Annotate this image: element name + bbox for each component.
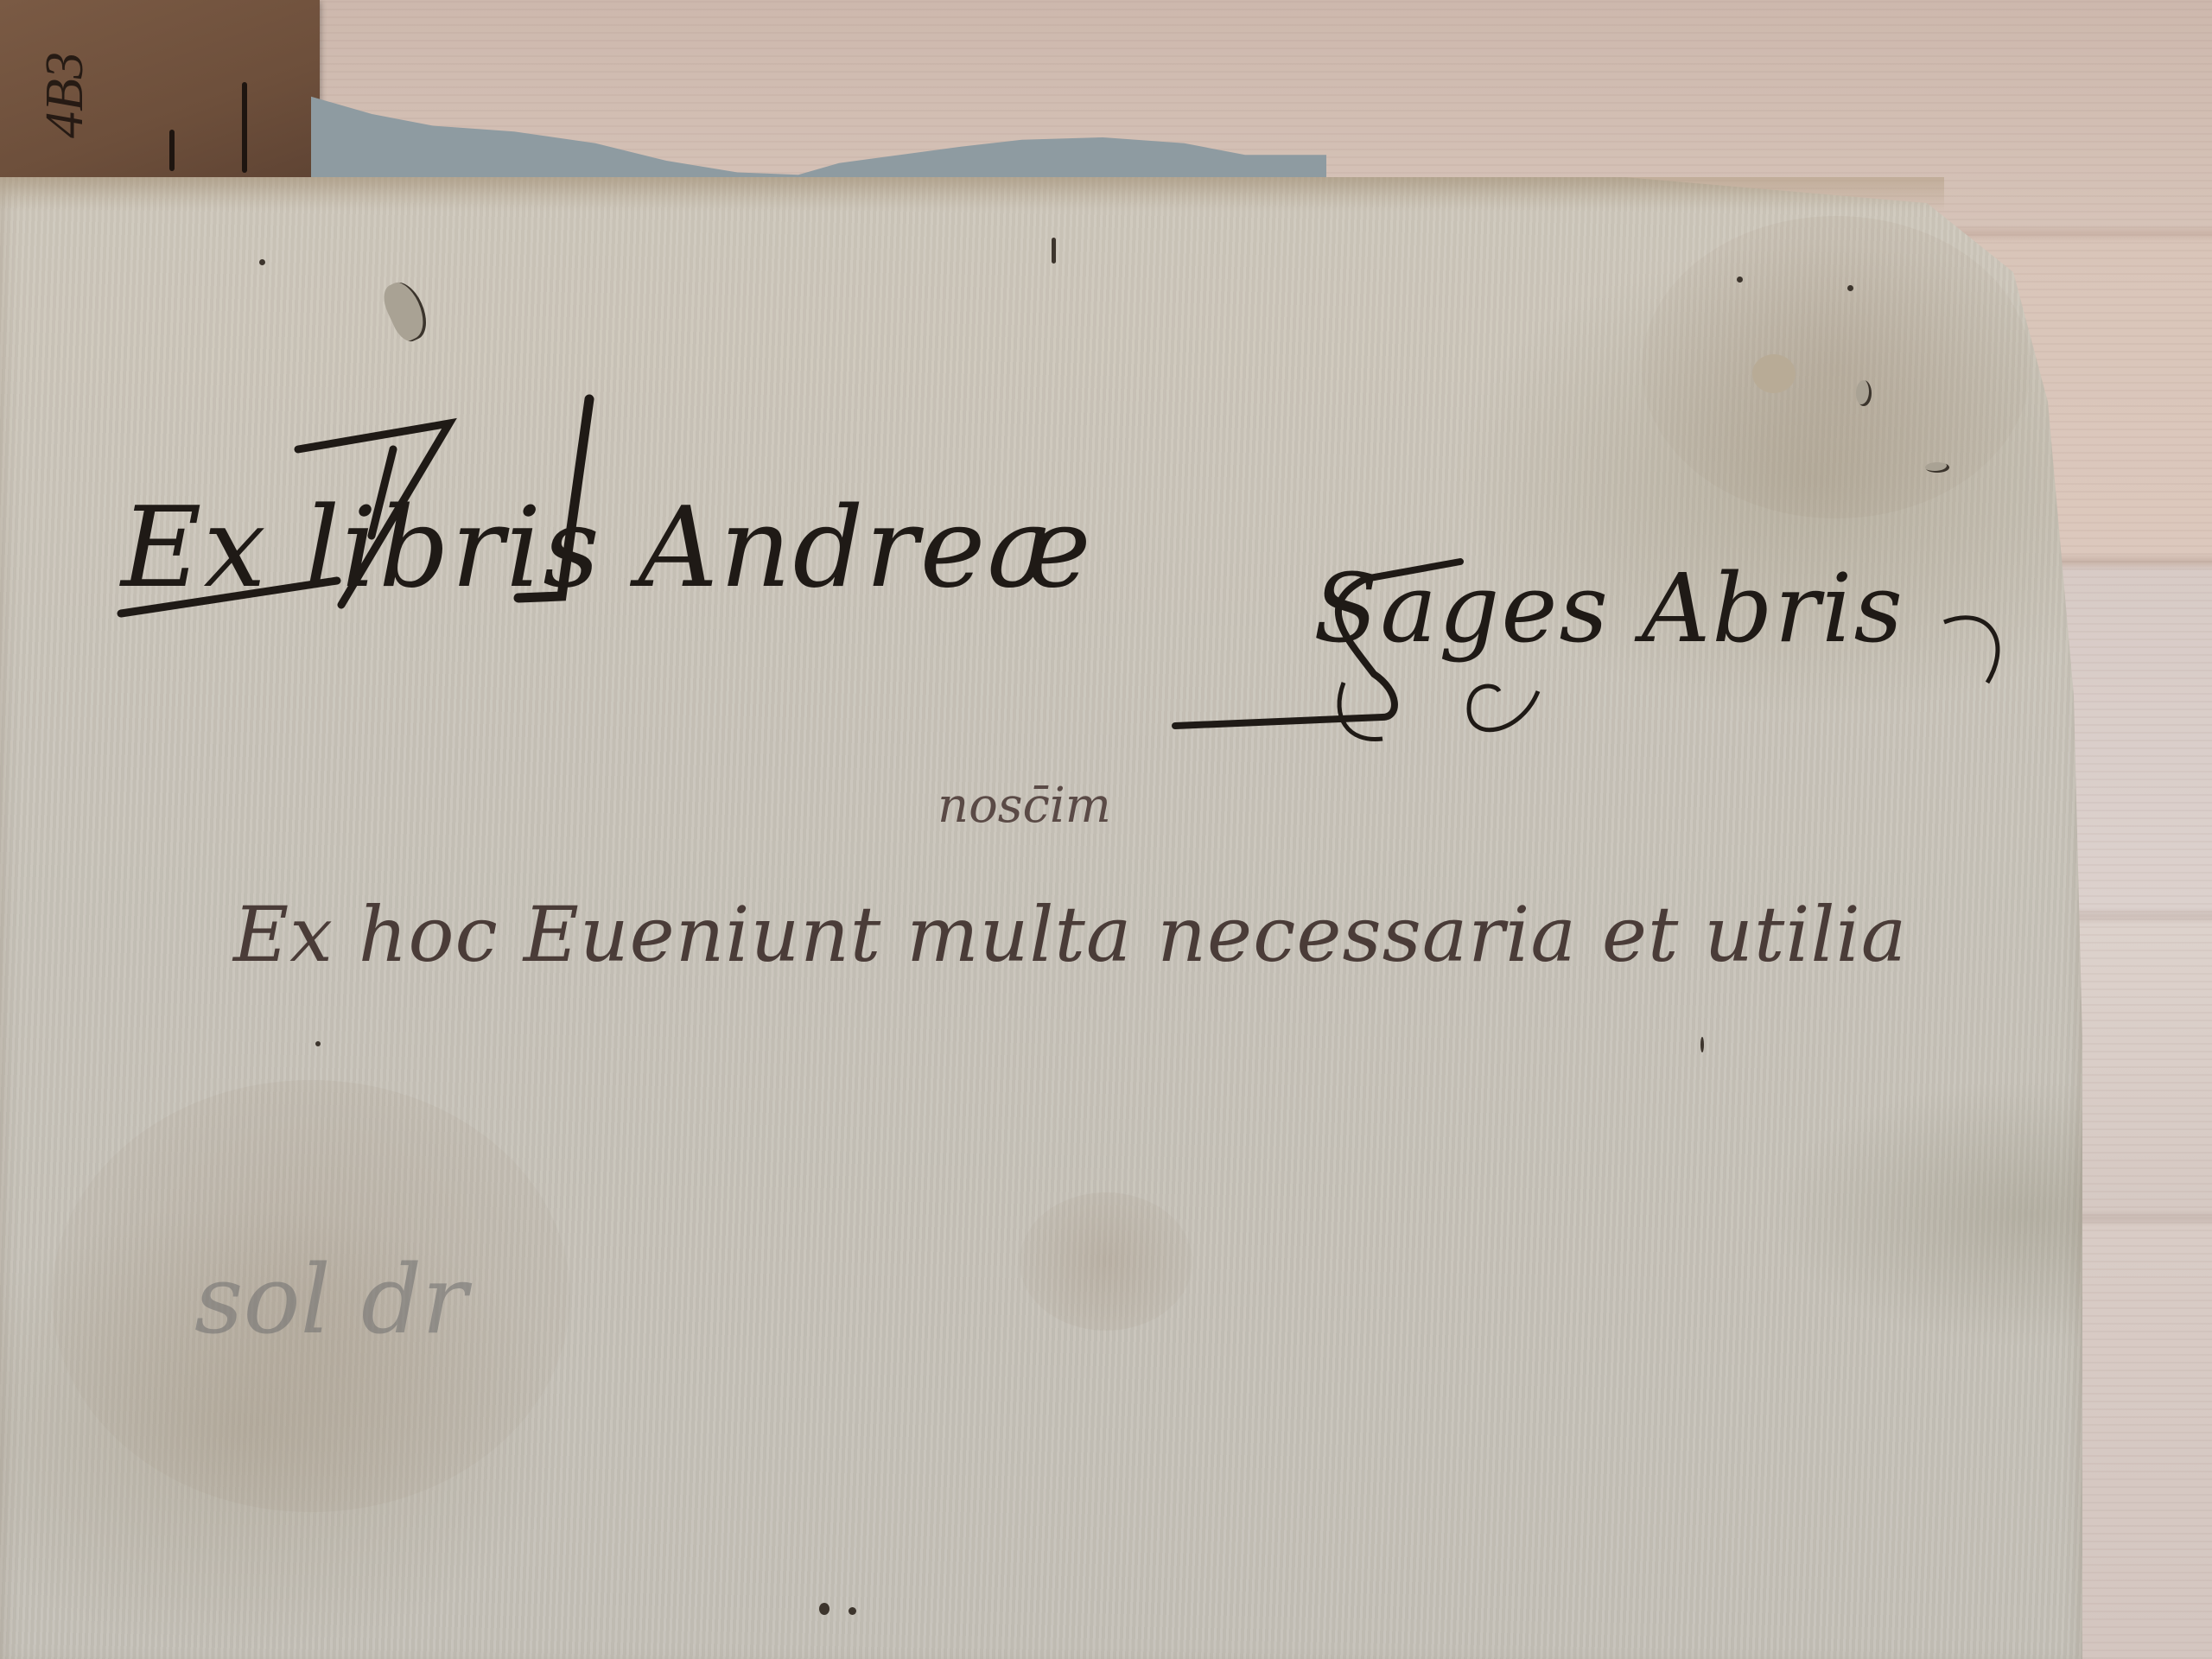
ownership-inscription-part1: Ex libris Andreæ [121, 484, 1093, 613]
ownership-inscription-part2: Sages Abris [1313, 553, 1904, 664]
pencil-note: sol dr [194, 1244, 467, 1355]
interlinear-note: nosc̄im [938, 778, 1111, 834]
motto-inscription: Ex hoc Eueniunt multa necessaria et util… [233, 890, 1907, 979]
